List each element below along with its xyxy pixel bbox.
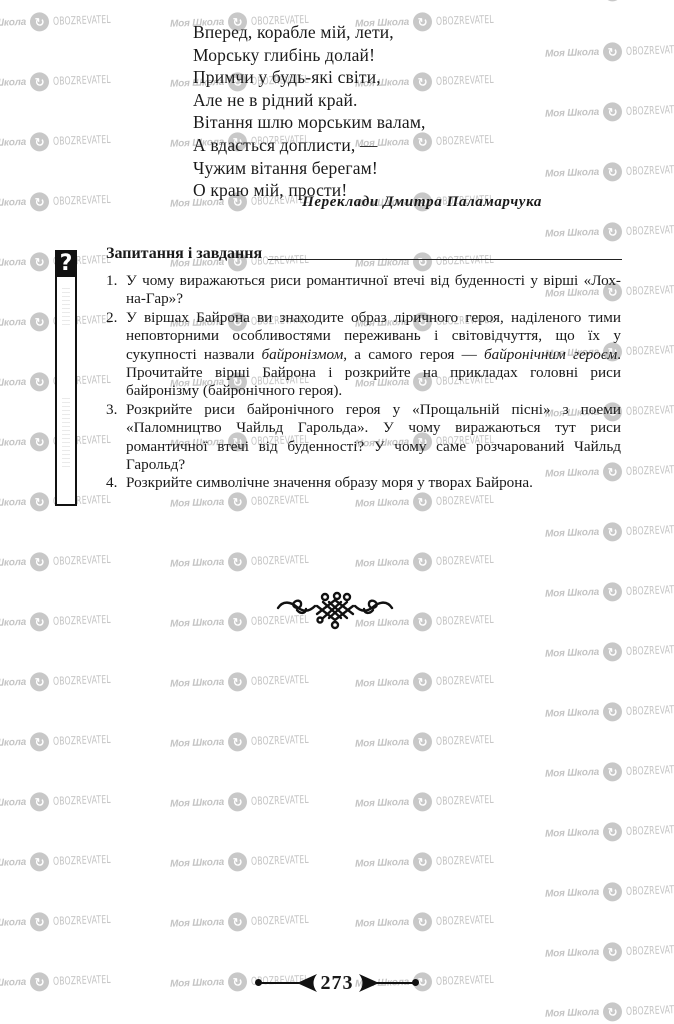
poem-line: Вперед, кораблe мій, лети, [193, 21, 426, 44]
watermark-brand-text: OBOZREVATEL [53, 733, 111, 748]
obozrevatel-logo-icon: ↻ [228, 552, 248, 572]
watermark-brand-text: OBOZREVATEL [436, 793, 494, 808]
poem-line: Чужим вітання берегам! [193, 157, 426, 180]
text-run: Розкрийте риси байронічного героя у «Про… [126, 401, 621, 473]
obozrevatel-logo-icon: ↻ [30, 852, 50, 872]
watermark-school-text: Моя Школа [170, 977, 224, 990]
obozrevatel-logo-icon: ↻ [228, 612, 248, 632]
question-number: 1. [106, 272, 126, 309]
obozrevatel-logo-icon: ↻ [30, 672, 50, 692]
watermark-tile: Моя Школа↻OBOZREVATEL [0, 969, 127, 993]
poem: Вперед, кораблe мій, лети,Морську глибін… [193, 21, 426, 202]
watermark-brand-text: OBOZREVATEL [53, 973, 111, 988]
watermark-school-text: Моя Школа [0, 677, 26, 690]
watermark-tile: Моя Школа↻OBOZREVATEL [355, 669, 511, 693]
question-text: У віршах Байрона ви знаходите образ ліри… [126, 309, 621, 401]
obozrevatel-logo-icon: ↻ [603, 582, 623, 602]
question-text: Розкрийте риси байронічного героя у «Про… [126, 401, 621, 475]
watermark-school-text: Моя Школа [545, 827, 599, 840]
obozrevatel-logo-icon: ↻ [603, 762, 623, 782]
watermark-tile: Моя Школа↻OBOZREVATEL [0, 849, 127, 873]
watermark-tile: Моя Школа↻OBOZREVATEL [170, 909, 326, 933]
obozrevatel-logo-icon: ↻ [413, 792, 433, 812]
watermark-school-text: Моя Школа [0, 857, 26, 870]
watermark-tile: Моя Школа↻OBOZREVATEL [545, 99, 674, 123]
obozrevatel-logo-icon: ↻ [30, 252, 50, 272]
watermark-school-text: Моя Школа [170, 917, 224, 930]
watermark-school-text: Моя Школа [0, 497, 26, 510]
watermark-brand-text: OBOZREVATEL [436, 673, 494, 688]
watermark-school-text: Моя Школа [0, 917, 26, 930]
watermark-brand-text: OBOZREVATEL [436, 973, 494, 988]
watermark-school-text: Моя Школа [0, 437, 26, 450]
watermark-school-text: Моя Школа [170, 797, 224, 810]
watermark-school-text: Моя Школа [355, 497, 409, 510]
bar-texture [62, 397, 70, 467]
watermark-school-text: Моя Школа [0, 377, 26, 390]
watermark-brand-text: OBOZREVATEL [626, 223, 674, 238]
watermark-school-text: Моя Школа [355, 797, 409, 810]
watermark-tile: Моя Школа↻OBOZREVATEL [545, 939, 674, 963]
watermark-brand-text: OBOZREVATEL [626, 43, 674, 58]
watermark-school-text: Моя Школа [170, 497, 224, 510]
watermark-brand-text: OBOZREVATEL [436, 73, 494, 88]
watermark-brand-text: OBOZREVATEL [53, 853, 111, 868]
question-number: 2. [106, 309, 126, 401]
question-item: 3.Розкрийте риси байронічного героя у «П… [106, 401, 621, 475]
watermark-school-text: Моя Школа [355, 917, 409, 930]
watermark-brand-text: OBOZREVATEL [626, 583, 674, 598]
term-emphasis: байронічним героєм [484, 346, 617, 363]
watermark-tile: Моя Школа↻OBOZREVATEL [545, 819, 674, 843]
watermark-tile: Моя Школа↻OBOZREVATEL [355, 729, 511, 753]
watermark-school-text: Моя Школа [355, 557, 409, 570]
obozrevatel-logo-icon: ↻ [603, 162, 623, 182]
watermark-brand-text: OBOZREVATEL [53, 193, 111, 208]
watermark-tile: Моя Школа↻OBOZREVATEL [170, 729, 326, 753]
obozrevatel-logo-icon: ↻ [30, 312, 50, 332]
watermark-school-text: Моя Школа [170, 617, 224, 630]
watermark-brand-text: OBOZREVATEL [251, 853, 309, 868]
watermark-brand-text: OBOZREVATEL [626, 343, 674, 358]
watermark-school-text: Моя Школа [545, 767, 599, 780]
watermark-brand-text: OBOZREVATEL [53, 553, 111, 568]
obozrevatel-logo-icon: ↻ [603, 882, 623, 902]
watermark-brand-text: OBOZREVATEL [626, 823, 674, 838]
obozrevatel-logo-icon: ↻ [603, 102, 623, 122]
obozrevatel-logo-icon: ↻ [413, 552, 433, 572]
watermark-school-text: Моя Школа [0, 197, 26, 210]
watermark-brand-text: OBOZREVATEL [251, 733, 309, 748]
question-item: 2.У віршах Байрона ви знаходите образ лі… [106, 309, 621, 401]
watermark-brand-text: OBOZREVATEL [436, 133, 494, 148]
text-run: Розкрийте символічне значення образу мор… [126, 474, 533, 491]
watermark-brand-text: OBOZREVATEL [626, 463, 674, 478]
watermark-tile: Моя Школа↻OBOZREVATEL [545, 999, 674, 1023]
watermark-tile: Моя Школа↻OBOZREVATEL [355, 789, 511, 813]
watermark-tile: Моя Школа↻OBOZREVATEL [545, 879, 674, 903]
watermark-school-text: Моя Школа [545, 227, 599, 240]
watermark-tile: Моя Школа↻OBOZREVATEL [0, 669, 127, 693]
watermark-school-text: Моя Школа [545, 887, 599, 900]
watermark-brand-text: OBOZREVATEL [626, 283, 674, 298]
watermark-tile: Моя Школа↻OBOZREVATEL [0, 729, 127, 753]
watermark-brand-text: OBOZREVATEL [53, 673, 111, 688]
obozrevatel-logo-icon: ↻ [30, 132, 50, 152]
watermark-tile: Моя Школа↻OBOZREVATEL [0, 549, 127, 573]
watermark-brand-text: OBOZREVATEL [626, 883, 674, 898]
watermark-tile: Моя Школа↻OBOZREVATEL [0, 909, 127, 933]
watermark-brand-text: OBOZREVATEL [53, 793, 111, 808]
watermark-school-text: Моя Школа [545, 527, 599, 540]
watermark-brand-text: OBOZREVATEL [53, 913, 111, 928]
obozrevatel-logo-icon: ↻ [228, 492, 248, 512]
question-mark-icon: ? [55, 250, 77, 277]
obozrevatel-logo-icon: ↻ [413, 852, 433, 872]
obozrevatel-logo-icon: ↻ [413, 732, 433, 752]
obozrevatel-logo-icon: ↻ [228, 732, 248, 752]
watermark-tile: Моя Школа↻OBOZREVATEL [0, 789, 127, 813]
footer-dot [412, 979, 419, 986]
watermark-school-text: Моя Школа [545, 107, 599, 120]
watermark-school-text: Моя Школа [545, 707, 599, 720]
watermark-school-text: Моя Школа [0, 797, 26, 810]
watermark-school-text: Моя Школа [545, 47, 599, 60]
watermark-school-text: Моя Школа [545, 587, 599, 600]
obozrevatel-logo-icon: ↻ [30, 432, 50, 452]
watermark-brand-text: OBOZREVATEL [436, 493, 494, 508]
watermark-tile: Моя Школа↻OBOZREVATEL [0, 69, 127, 93]
watermark-brand-text: OBOZREVATEL [626, 703, 674, 718]
watermark-brand-text: OBOZREVATEL [626, 103, 674, 118]
watermark-brand-text: OBOZREVATEL [626, 403, 674, 418]
question-number: 4. [106, 474, 126, 492]
page-number-footer: 273 [255, 970, 419, 996]
question-text: Розкрийте символічне значення образу мор… [126, 474, 621, 492]
watermark-school-text: Моя Школа [0, 17, 26, 30]
poem-line: А вдасться доплисти, — [193, 134, 426, 157]
watermark-brand-text: OBOZREVATEL [436, 553, 494, 568]
watermark-school-text: Моя Школа [545, 1007, 599, 1020]
watermark-school-text: Моя Школа [0, 77, 26, 90]
watermark-school-text: Моя Школа [355, 677, 409, 690]
watermark-tile: Моя Школа↻OBOZREVATEL [170, 789, 326, 813]
watermark-school-text: Моя Школа [0, 257, 26, 270]
questions-heading: Запитання і завдання [106, 244, 622, 264]
obozrevatel-logo-icon: ↻ [603, 1002, 623, 1022]
question-number: 3. [106, 401, 126, 475]
watermark-brand-text: OBOZREVATEL [251, 673, 309, 688]
watermark-tile: Моя Школа↻OBOZREVATEL [355, 489, 511, 513]
watermark-school-text: Моя Школа [170, 857, 224, 870]
obozrevatel-logo-icon: ↻ [30, 552, 50, 572]
question-item: 4.Розкрийте символічне значення образу м… [106, 474, 621, 492]
obozrevatel-logo-icon: ↻ [30, 612, 50, 632]
watermark-school-text: Моя Школа [170, 557, 224, 570]
watermark-brand-text: OBOZREVATEL [436, 613, 494, 628]
bar-texture [62, 285, 70, 325]
obozrevatel-logo-icon: ↻ [413, 492, 433, 512]
poem-line: Вітання шлю морським валам, [193, 111, 426, 134]
watermark-tile: Моя Школа↻OBOZREVATEL [545, 579, 674, 603]
obozrevatel-logo-icon: ↻ [30, 12, 50, 32]
watermark-tile: Моя Школа↻OBOZREVATEL [545, 639, 674, 663]
watermark-brand-text: OBOZREVATEL [436, 913, 494, 928]
obozrevatel-logo-icon: ↻ [413, 672, 433, 692]
questions-list: 1.У чому виражаються риси романтичної вт… [106, 272, 621, 493]
watermark-school-text: Моя Школа [545, 947, 599, 960]
watermark-school-text: Моя Школа [170, 677, 224, 690]
watermark-school-text: Моя Школа [545, 647, 599, 660]
watermark-tile: Моя Школа↻OBOZREVATEL [545, 759, 674, 783]
obozrevatel-logo-icon: ↻ [413, 912, 433, 932]
text-run: , а самого героя — [343, 346, 484, 363]
watermark-brand-text: OBOZREVATEL [436, 13, 494, 28]
watermark-tile: Моя Школа↻OBOZREVATEL [0, 609, 127, 633]
obozrevatel-logo-icon: ↻ [603, 702, 623, 722]
obozrevatel-logo-icon: ↻ [30, 732, 50, 752]
obozrevatel-logo-icon: ↻ [30, 192, 50, 212]
decorative-ornament-icon [275, 590, 395, 630]
obozrevatel-logo-icon: ↻ [228, 852, 248, 872]
poem-line: Але не в рідний край. [193, 89, 426, 112]
watermark-tile: Моя Школа↻OBOZREVATEL [545, 0, 674, 4]
obozrevatel-logo-icon: ↻ [30, 972, 50, 992]
poem-line: Примчи у будь-які світи, [193, 66, 426, 89]
text-run: У чому виражаються риси романтичної втеч… [126, 272, 621, 307]
watermark-brand-text: OBOZREVATEL [626, 163, 674, 178]
watermark-school-text: Моя Школа [0, 137, 26, 150]
obozrevatel-logo-icon: ↻ [603, 0, 623, 2]
obozrevatel-logo-icon: ↻ [228, 972, 248, 992]
obozrevatel-logo-icon: ↻ [603, 222, 623, 242]
heading-rule [268, 259, 622, 260]
watermark-school-text: Моя Школа [355, 857, 409, 870]
watermark-brand-text: OBOZREVATEL [251, 793, 309, 808]
watermark-brand-text: OBOZREVATEL [436, 733, 494, 748]
watermark-brand-text: OBOZREVATEL [626, 523, 674, 538]
watermark-brand-text: OBOZREVATEL [53, 73, 111, 88]
obozrevatel-logo-icon: ↻ [603, 642, 623, 662]
obozrevatel-logo-icon: ↻ [30, 492, 50, 512]
watermark-tile: Моя Школа↻OBOZREVATEL [170, 669, 326, 693]
watermark-brand-text: OBOZREVATEL [251, 913, 309, 928]
watermark-brand-text: OBOZREVATEL [626, 943, 674, 958]
watermark-brand-text: OBOZREVATEL [626, 643, 674, 658]
question-item: 1.У чому виражаються риси романтичної вт… [106, 272, 621, 309]
obozrevatel-logo-icon: ↻ [603, 42, 623, 62]
watermark-brand-text: OBOZREVATEL [626, 763, 674, 778]
watermark-brand-text: OBOZREVATEL [53, 613, 111, 628]
watermark-tile: Моя Школа↻OBOZREVATEL [0, 9, 127, 33]
watermark-tile: Моя Школа↻OBOZREVATEL [545, 159, 674, 183]
obozrevatel-logo-icon: ↻ [228, 912, 248, 932]
watermark-tile: Моя Школа↻OBOZREVATEL [355, 909, 511, 933]
obozrevatel-logo-icon: ↻ [603, 522, 623, 542]
watermark-school-text: Моя Школа [0, 557, 26, 570]
obozrevatel-logo-icon: ↻ [228, 792, 248, 812]
obozrevatel-logo-icon: ↻ [30, 72, 50, 92]
obozrevatel-logo-icon: ↻ [603, 942, 623, 962]
watermark-tile: Моя Школа↻OBOZREVATEL [545, 519, 674, 543]
watermark-school-text: Моя Школа [0, 977, 26, 990]
watermark-tile: Моя Школа↻OBOZREVATEL [545, 39, 674, 63]
watermark-brand-text: OBOZREVATEL [251, 493, 309, 508]
watermark-tile: Моя Школа↻OBOZREVATEL [0, 129, 127, 153]
question-text: У чому виражаються риси романтичної втеч… [126, 272, 621, 309]
watermark-tile: Моя Школа↻OBOZREVATEL [355, 849, 511, 873]
watermark-brand-text: OBOZREVATEL [436, 853, 494, 868]
watermark-school-text: Моя Школа [545, 167, 599, 180]
watermark-brand-text: OBOZREVATEL [53, 133, 111, 148]
questions-heading-title: Запитання і завдання [106, 244, 262, 264]
watermark-tile: Моя Школа↻OBOZREVATEL [0, 189, 127, 213]
obozrevatel-logo-icon: ↻ [228, 672, 248, 692]
poem-attribution: Переклади Дмитра Паламарчука [302, 194, 542, 211]
watermark-brand-text: OBOZREVATEL [53, 13, 111, 28]
watermark-tile: Моя Школа↻OBOZREVATEL [355, 549, 511, 573]
watermark-school-text: Моя Школа [0, 317, 26, 330]
questions-side-bar [55, 277, 77, 506]
poem-line: Морську глибінь долай! [193, 44, 426, 67]
watermark-tile: Моя Школа↻OBOZREVATEL [170, 489, 326, 513]
obozrevatel-logo-icon: ↻ [30, 912, 50, 932]
watermark-tile: Моя Школа↻OBOZREVATEL [170, 549, 326, 573]
obozrevatel-logo-icon: ↻ [413, 612, 433, 632]
watermark-school-text: Моя Школа [355, 737, 409, 750]
watermark-school-text: Моя Школа [170, 737, 224, 750]
obozrevatel-logo-icon: ↻ [30, 372, 50, 392]
watermark-brand-text: OBOZREVATEL [626, 1003, 674, 1018]
watermark-tile: Моя Школа↻OBOZREVATEL [170, 849, 326, 873]
term-emphasis: байронізмом [262, 346, 344, 363]
watermark-tile: Моя Школа↻OBOZREVATEL [545, 219, 674, 243]
watermark-school-text: Моя Школа [0, 737, 26, 750]
watermark-school-text: Моя Школа [0, 617, 26, 630]
watermark-tile: Моя Школа↻OBOZREVATEL [545, 699, 674, 723]
obozrevatel-logo-icon: ↻ [30, 792, 50, 812]
footer-line [375, 982, 415, 984]
watermark-brand-text: OBOZREVATEL [251, 553, 309, 568]
obozrevatel-logo-icon: ↻ [603, 822, 623, 842]
